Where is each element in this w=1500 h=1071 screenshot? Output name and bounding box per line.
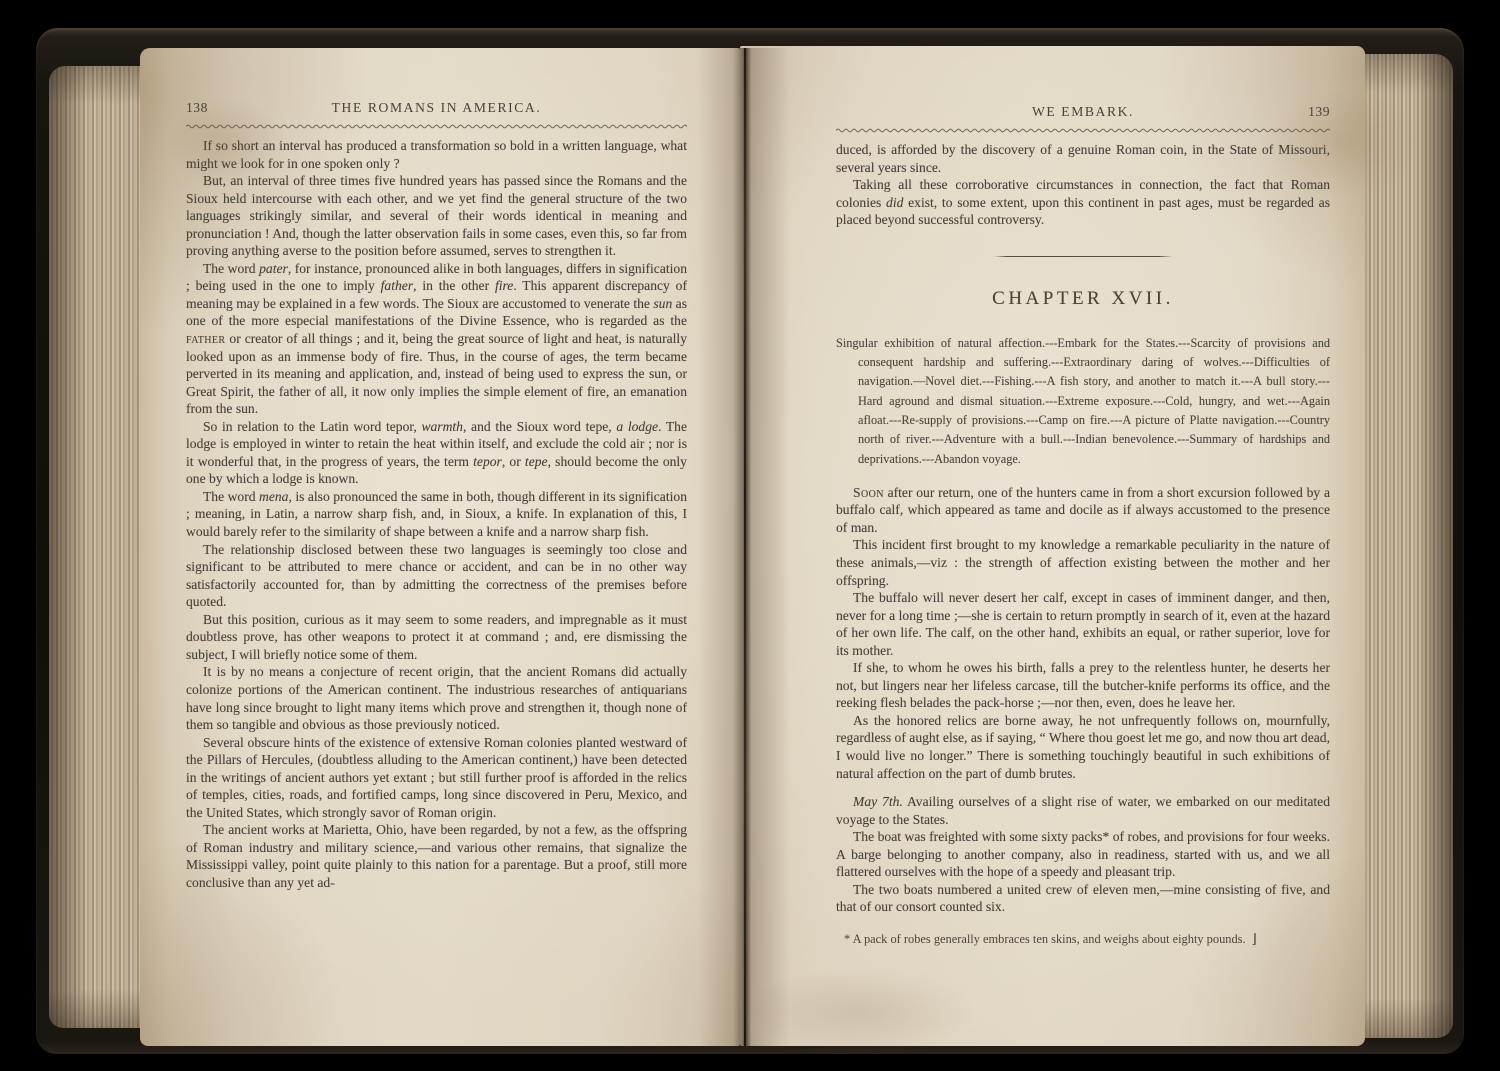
continuation-paragraphs: duced, is afforded by the discovery of a… <box>836 141 1330 229</box>
paragraph: The buffalo will never desert her calf, … <box>836 589 1330 659</box>
wavy-rule-right <box>836 127 1330 134</box>
paragraph: duced, is afforded by the discovery of a… <box>836 141 1330 176</box>
left-page: 138 THE ROMANS IN AMERICA. If so short a… <box>140 48 740 1046</box>
footnote: * A pack of robes generally embraces ten… <box>836 931 1330 947</box>
running-head-left: THE ROMANS IN AMERICA. <box>232 100 641 116</box>
chapter-summary: Singular exhibition of natural affection… <box>836 334 1330 469</box>
left-page-body: If so short an interval has produced a t… <box>186 137 687 892</box>
paragraph: Taking all these corroborative circumsta… <box>836 176 1330 229</box>
photo-background: 138 THE ROMANS IN AMERICA. If so short a… <box>0 0 1500 1071</box>
paragraph: The ancient works at Marietta, Ohio, hav… <box>186 821 687 891</box>
section-divider-rule <box>994 256 1172 257</box>
footnote-text: * A pack of robes generally embraces ten… <box>844 932 1246 946</box>
paragraph: If she, to whom he owes his birth, falls… <box>836 659 1330 712</box>
paragraph: This incident first brought to my knowle… <box>836 536 1330 589</box>
right-page-body: Soon after our return, one of the hunter… <box>836 484 1330 916</box>
paragraph: If so short an interval has produced a t… <box>186 137 687 172</box>
page-number-left: 138 <box>186 100 232 116</box>
book: 138 THE ROMANS IN AMERICA. If so short a… <box>36 28 1464 1054</box>
pen-mark: ⌋ <box>1252 931 1257 946</box>
paragraph: The boat was freighted with some sixty p… <box>836 828 1330 881</box>
paragraph: Soon after our return, one of the hunter… <box>836 484 1330 537</box>
page-number-right: 139 <box>1284 104 1330 120</box>
wavy-rule-left <box>186 123 687 130</box>
running-head-right: WE EMBARK. <box>882 104 1284 120</box>
paragraph: It is by no means a conjecture of recent… <box>186 663 687 733</box>
paragraph: The word mena, is also pronounced the sa… <box>186 488 687 541</box>
paragraph: The word pater, for instance, pronounced… <box>186 260 687 418</box>
paragraph: The relationship disclosed between these… <box>186 541 687 611</box>
paragraph: So in relation to the Latin word tepor, … <box>186 418 687 488</box>
paragraph: But this position, curious as it may see… <box>186 611 687 664</box>
chapter-heading: CHAPTER XVII. <box>836 288 1330 310</box>
paragraph: Several obscure hints of the existence o… <box>186 734 687 822</box>
paragraph: The two boats numbered a united crew of … <box>836 881 1330 916</box>
paragraph: But, an interval of three times five hun… <box>186 172 687 260</box>
left-page-header: 138 THE ROMANS IN AMERICA. <box>186 100 687 116</box>
right-page: WE EMBARK. 139 duced, is afforded by the… <box>740 46 1365 1046</box>
right-page-header: WE EMBARK. 139 <box>836 104 1330 120</box>
paragraph: May 7th. Availing ourselves of a slight … <box>836 793 1330 828</box>
paragraph: As the honored relics are borne away, he… <box>836 712 1330 782</box>
